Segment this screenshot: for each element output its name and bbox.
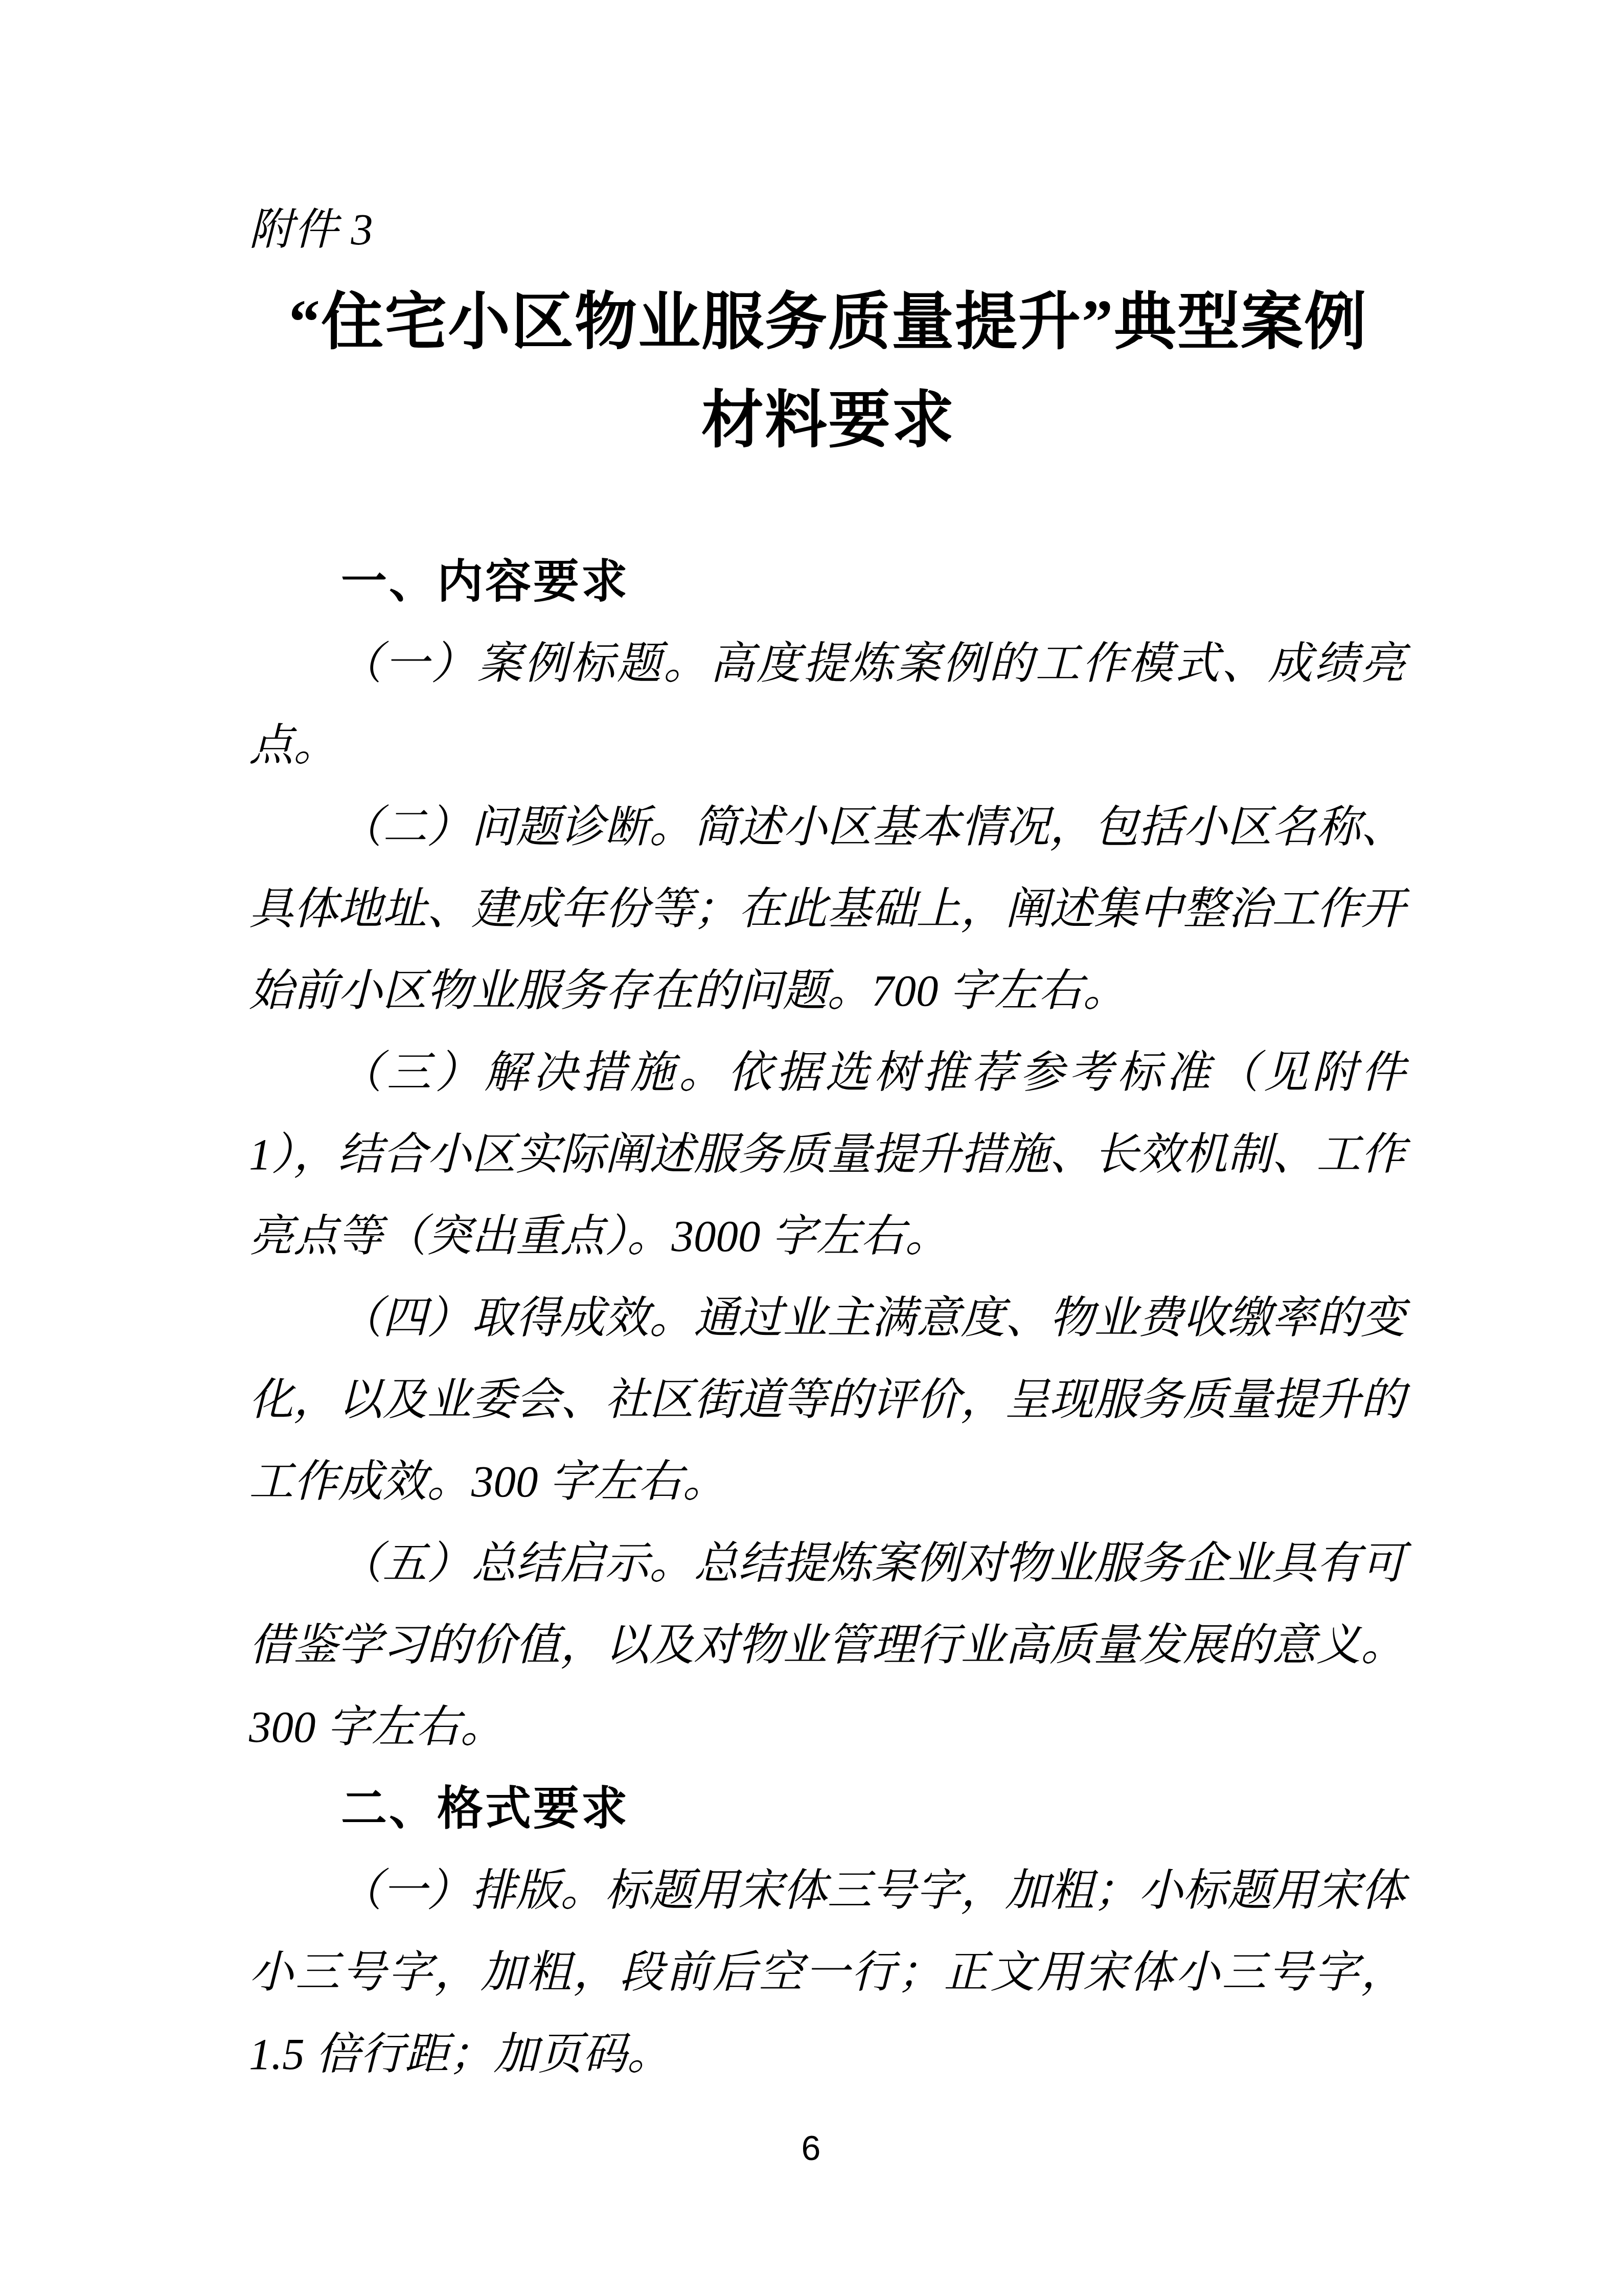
document-title: “住宅小区物业服务质量提升”典型案例 材料要求 [233, 274, 1424, 470]
paragraph-case-title: （一）案例标题。高度提炼案例的工作模式、成绩亮点。 [249, 623, 1405, 786]
paragraph-typesetting: （一）排版。标题用宋体三号字，加粗；小标题用宋体小三号字，加粗，段前后空一行；正… [249, 1850, 1405, 2095]
paragraph-solution-measures: （三）解决措施。依据选树推荐参考标准（见附件 1），结合小区实际阐述服务质量提升… [249, 1032, 1405, 1277]
paragraph-summary-insights: （五）总结启示。总结提炼案例对物业服务企业具有可借鉴学习的价值，以及对物业管理行… [249, 1522, 1405, 1768]
document-page: 附件 3 “住宅小区物业服务质量提升”典型案例 材料要求 一、内容要求 （一）案… [0, 0, 1622, 2296]
document-title-line-2: 材料要求 [233, 372, 1424, 470]
section-heading-content-requirements: 一、内容要求 [249, 541, 1405, 623]
document-title-line-1: “住宅小区物业服务质量提升”典型案例 [233, 274, 1424, 372]
paragraph-achievements: （四）取得成效。通过业主满意度、物业费收缴率的变化，以及业委会、社区街道等的评价… [249, 1277, 1405, 1522]
body-text: 一、内容要求 （一）案例标题。高度提炼案例的工作模式、成绩亮点。 （二）问题诊断… [249, 541, 1405, 2095]
paragraph-problem-diagnosis: （二）问题诊断。简述小区基本情况，包括小区名称、具体地址、建成年份等；在此基础上… [249, 786, 1405, 1032]
section-heading-format-requirements: 二、格式要求 [249, 1768, 1405, 1850]
page-number: 6 [0, 2128, 1622, 2170]
attachment-label: 附件 3 [249, 204, 374, 255]
